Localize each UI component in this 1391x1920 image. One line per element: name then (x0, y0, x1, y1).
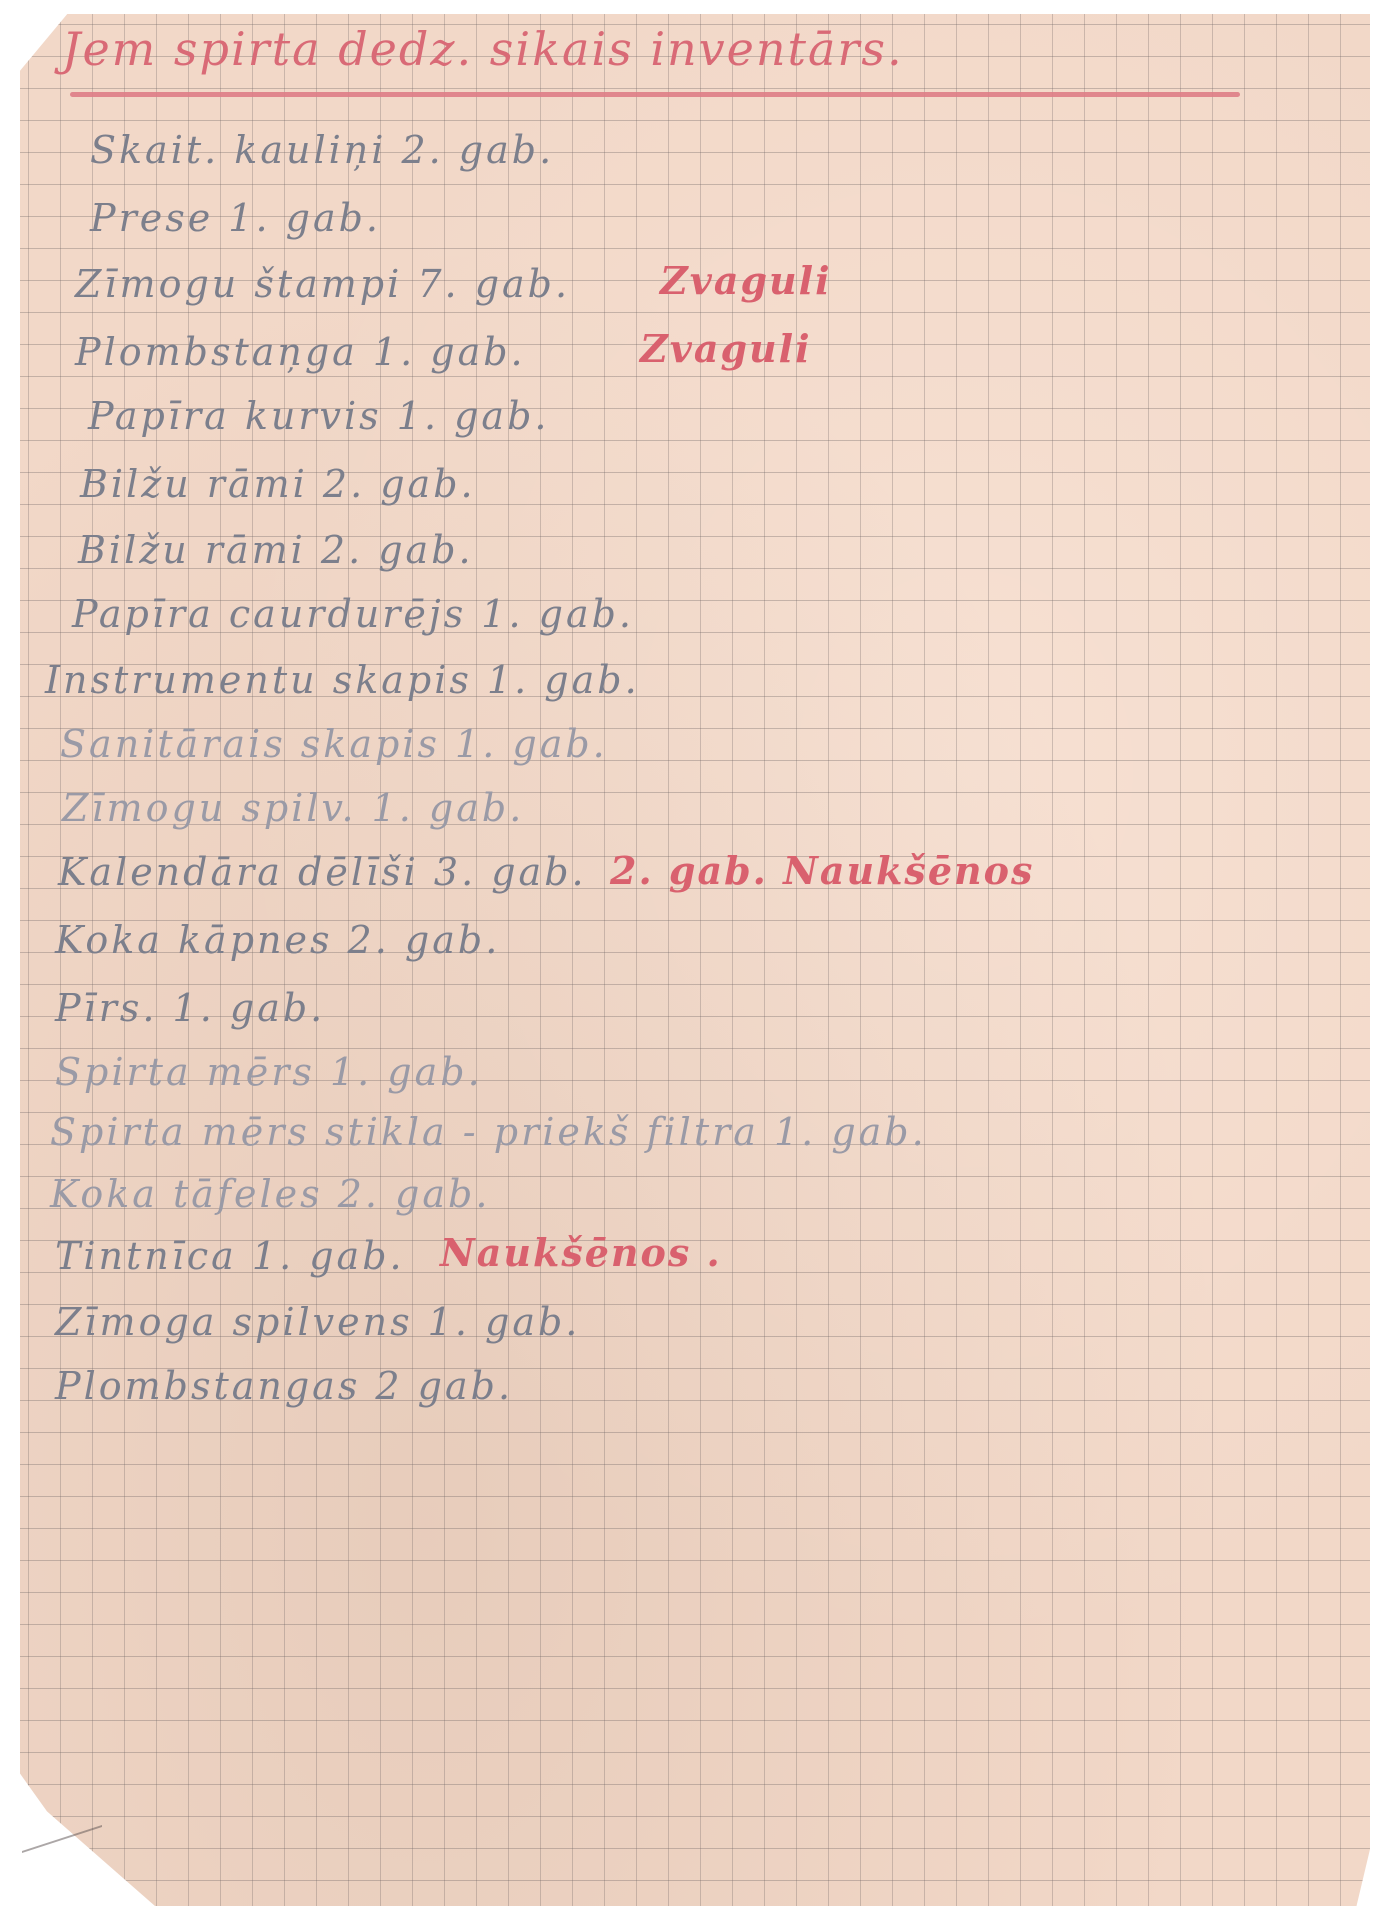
inventory-line: Spirta mērs 1. gab. (55, 1050, 483, 1094)
inventory-line: Bilžu rāmi 2. gab. (80, 462, 476, 506)
red-annotation: Zvaguli (660, 258, 832, 303)
title-underline (70, 92, 1240, 97)
inventory-line: Plombstaņga 1. gab. (75, 330, 526, 374)
inventory-line: Instrumentu skapis 1. gab. (45, 658, 640, 702)
inventory-line: Bilžu rāmi 2. gab. (78, 528, 474, 572)
inventory-line: Kalendāra dēlīši 3. gab. (58, 850, 587, 894)
document-title: Jem spirta dedz. sikais inventārs. (62, 22, 904, 76)
red-annotation: Naukšēnos . (440, 1230, 722, 1275)
inventory-line: Papīra caurdurējs 1. gab. (72, 592, 634, 636)
inventory-line: Zīmogu štampi 7. gab. (75, 262, 570, 306)
inventory-line: Tintnīca 1. gab. (55, 1234, 405, 1278)
inventory-line: Spirta mērs stikla - priekš filtra 1. ga… (50, 1110, 927, 1154)
inventory-line: Skait. kauliņi 2. gab. (90, 128, 554, 172)
inventory-line: Zīmoga spilvens 1. gab. (55, 1300, 580, 1344)
inventory-line: Pīrs. 1. gab. (55, 986, 325, 1030)
inventory-line: Sanitārais skapis 1. gab. (60, 722, 608, 766)
red-annotation: 2. gab. Naukšēnos (610, 848, 1034, 893)
inventory-line: Koka tāfeles 2. gab. (50, 1172, 490, 1216)
inventory-line: Zīmogu spilv. 1. gab. (62, 786, 524, 830)
inventory-line: Koka kāpnes 2. gab. (55, 918, 500, 962)
inventory-line: Prese 1. gab. (90, 196, 381, 240)
red-annotation: Zvaguli (640, 326, 812, 371)
inventory-line: Plombstangas 2 gab. (55, 1364, 513, 1408)
inventory-line: Papīra kurvis 1. gab. (88, 394, 549, 438)
